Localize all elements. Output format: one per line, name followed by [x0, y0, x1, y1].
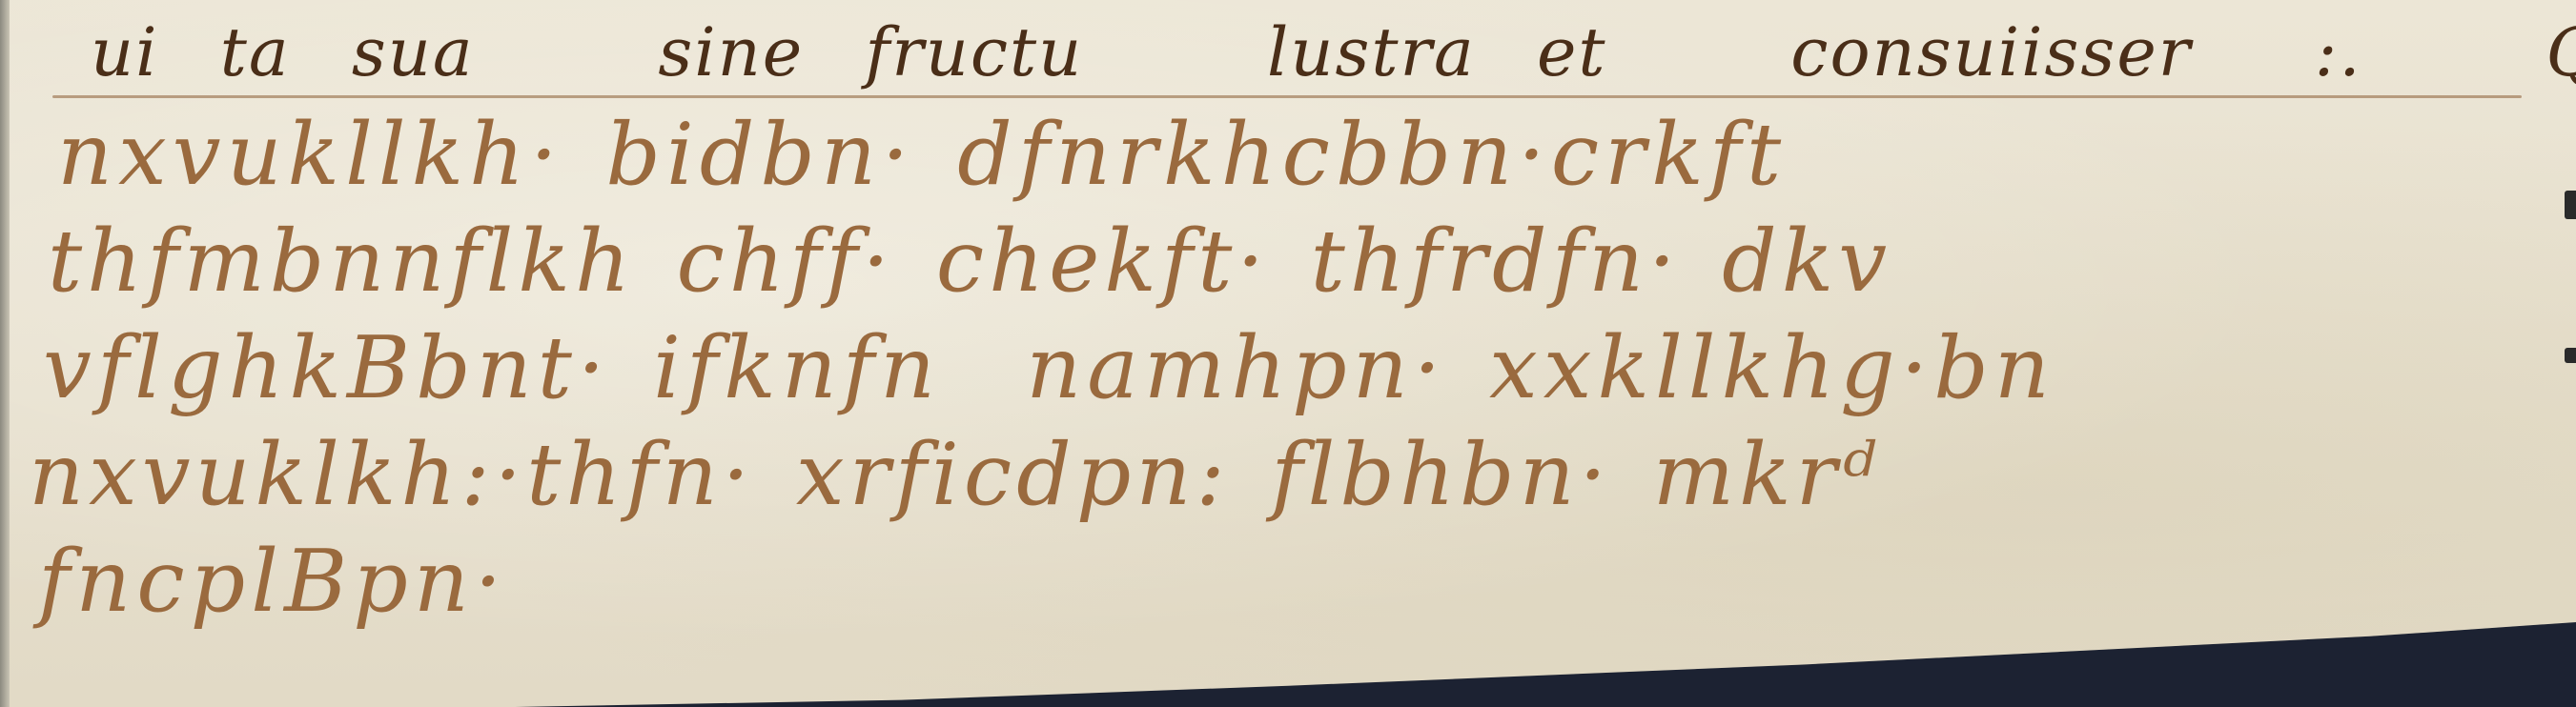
cipher-line-5: fncplBpn· — [38, 532, 507, 632]
edge-mark — [2565, 191, 2576, 219]
edge-mark — [2565, 348, 2576, 363]
page-edge — [0, 0, 10, 707]
cipher-line-3: vflghkBbnt· ifknfn namhpn· xxkllkhg·bn — [43, 318, 2055, 418]
cipher-line-2: thfmbnnflkh chff· chekft· thfrdfn· dkv — [48, 212, 1891, 312]
ruling-line — [52, 95, 2522, 98]
cipher-line-4: nxvuklkh:·thfn· xrficdpn: flbhbn· mkrᵈ — [29, 425, 1881, 525]
manuscript-image: ui ta sua sine fructu lustra et consuiis… — [0, 0, 2576, 707]
latin-text-line: ui ta sua sine fructu lustra et consuiis… — [91, 13, 2576, 91]
cipher-line-1: nxvukllkh· bidbn· dfnrkhcbbn·crkft — [57, 105, 1787, 205]
